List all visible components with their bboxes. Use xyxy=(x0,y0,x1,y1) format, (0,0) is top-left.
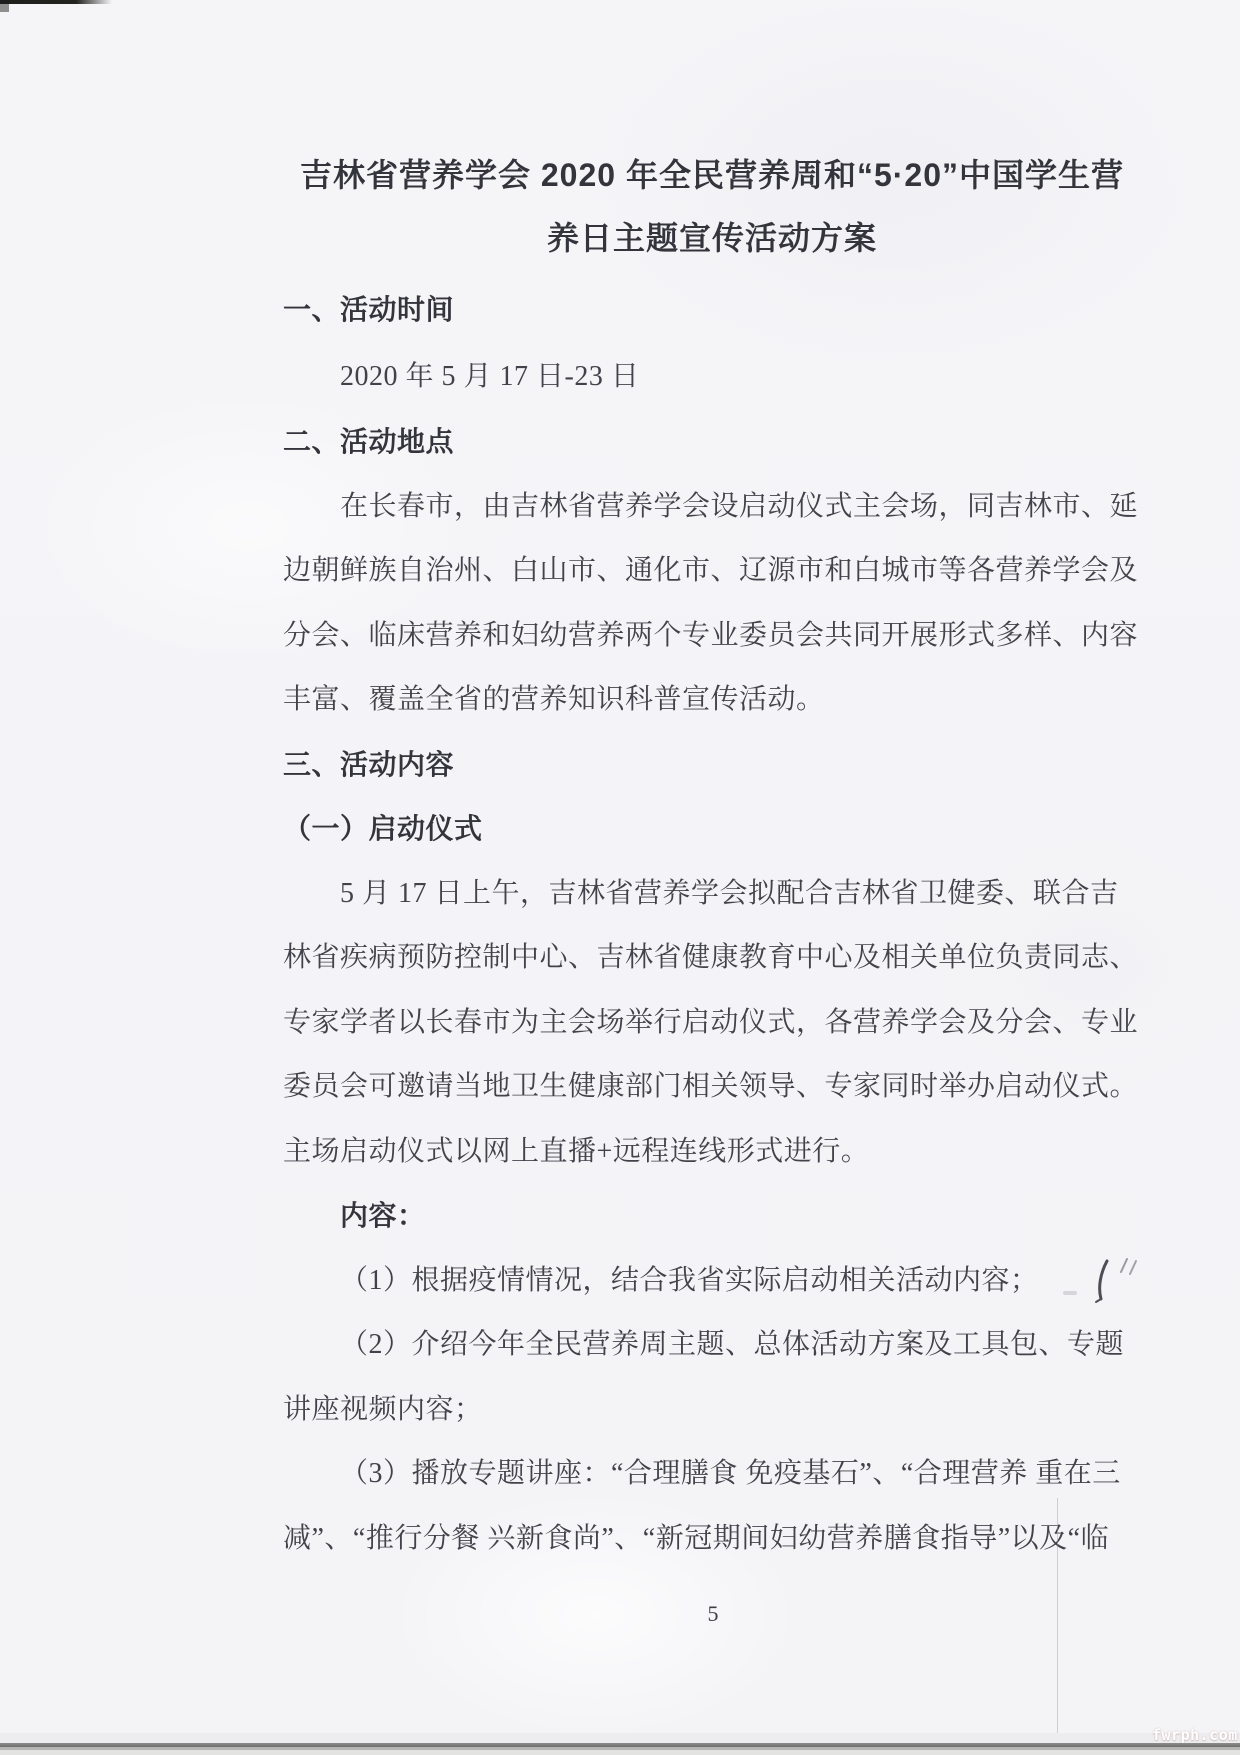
item-1: （1）根据疫情情况，结合我省实际启动相关活动内容； xyxy=(340,1266,1039,1297)
item-3-line-1: （3）播放专题讲座：“合理膳食 免疫基石”、“合理营养 重在三 xyxy=(340,1459,1121,1490)
label-content: 内容： xyxy=(340,1201,426,1232)
item-2-line-2: 讲座视频内容； xyxy=(283,1395,483,1426)
para-location-line-2: 边朝鲜族自治州、白山市、通化市、辽源市和白城市等各营养学会及 xyxy=(283,556,1138,587)
title-line-2: 养日主题宣传活动方案 xyxy=(283,221,1141,256)
scan-edge-band xyxy=(0,1733,1240,1743)
para-ceremony-line-3: 专家学者以长春市为主会场举行启动仪式，各营养学会及分会、专业 xyxy=(283,1008,1138,1039)
para-location-line-3: 分会、临床营养和妇幼营养两个专业委员会共同开展形式多样、内容 xyxy=(283,621,1138,652)
heading-1-activity-time: 一、活动时间 xyxy=(283,295,454,326)
para-ceremony-line-2: 林省疾病预防控制中心、吉林省健康教育中心及相关单位负责同志、 xyxy=(283,943,1138,974)
para-ceremony-line-1: 5 月 17 日上午，吉林省营养学会拟配合吉林省卫健委、联合吉 xyxy=(340,879,1119,910)
item-3-line-2: 减”、“推行分餐 兴新食尚”、“新冠期间妇幼营养膳食指导”以及“临 xyxy=(283,1524,1109,1555)
heading-2-activity-location: 二、活动地点 xyxy=(283,427,454,458)
para-ceremony-line-4: 委员会可邀请当地卫生健康部门相关领导、专家同时举办启动仪式。 xyxy=(283,1072,1138,1103)
heading-3-activity-content: 三、活动内容 xyxy=(283,750,454,781)
title-line-1: 吉林省营养学会 2020 年全民营养周和“5·20”中国学生营 xyxy=(283,158,1141,193)
scan-edge-foot xyxy=(0,1750,1240,1755)
scanned-document-page: 吉林省营养学会 2020 年全民营养周和“5·20”中国学生营养日主题宣传活动方… xyxy=(0,0,1240,1755)
item-2-line-1: （2）介绍今年全民营养周主题、总体活动方案及工具包、专题 xyxy=(340,1330,1124,1361)
page-number: 5 xyxy=(700,1601,726,1627)
scan-artifact-top-bar xyxy=(0,0,112,4)
para-ceremony-line-5: 主场启动仪式以网上直播+远程连线形式进行。 xyxy=(283,1137,869,1168)
scan-fold-line xyxy=(1057,1498,1058,1744)
para-location-line-1: 在长春市，由吉林省营养学会设启动仪式主会场，同吉林市、延 xyxy=(340,492,1138,523)
scan-artifact-top-notch xyxy=(0,4,9,12)
scan-smudge xyxy=(1063,1291,1077,1295)
para-location-line-4: 丰富、覆盖全省的营养知识科普宣传活动。 xyxy=(283,685,825,716)
handwritten-mark xyxy=(1085,1252,1145,1308)
para-activity-time: 2020 年 5 月 17 日-23 日 xyxy=(340,362,639,393)
subheading-launch-ceremony: （一）启动仪式 xyxy=(283,814,483,845)
watermark: fwrph.com xyxy=(1152,1726,1238,1744)
